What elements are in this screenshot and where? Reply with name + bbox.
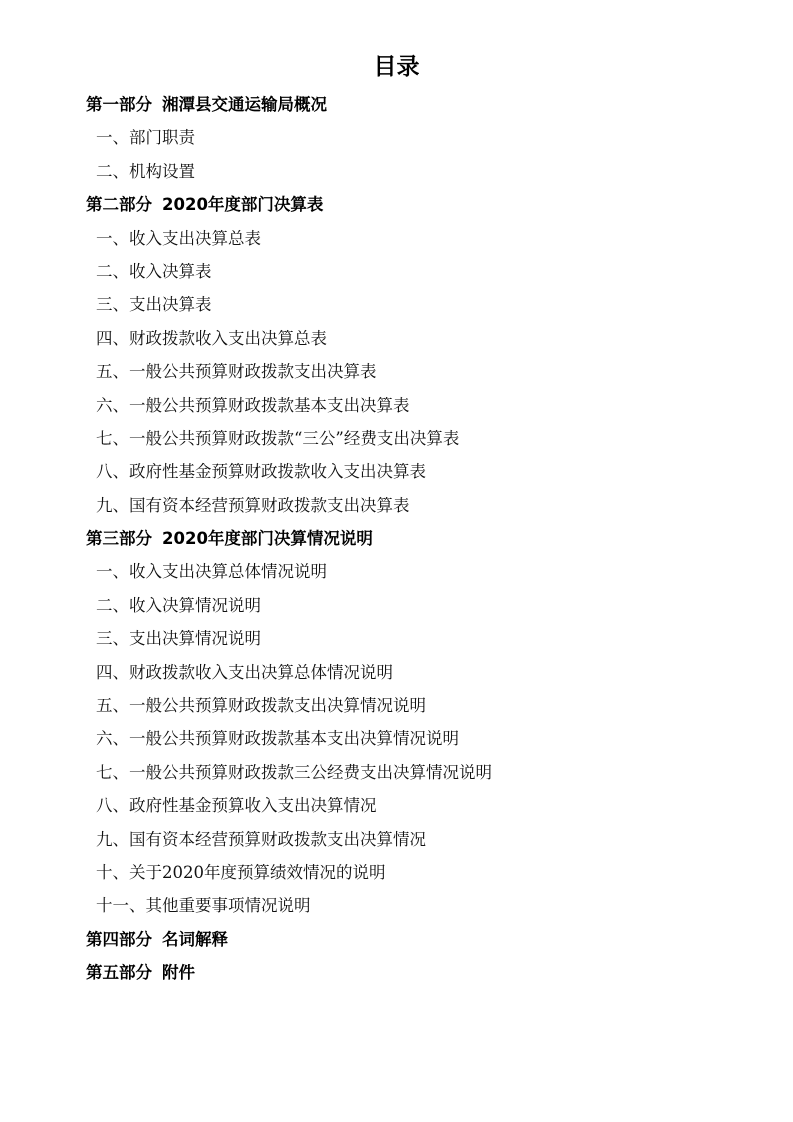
part-title: 湘潭县交通运输局概况	[162, 95, 327, 114]
toc-item[interactable]: 五、一般公共预算财政拨款支出决算表	[86, 355, 726, 388]
part-title: 附件	[162, 963, 195, 982]
part-title: 名词解释	[162, 930, 228, 949]
part-label: 第二部分	[86, 195, 152, 214]
toc-part-1[interactable]: 第一部分湘潭县交通运输局概况	[86, 88, 726, 121]
toc-item[interactable]: 二、收入决算表	[86, 255, 726, 288]
toc-part-3[interactable]: 第三部分2020年度部门决算情况说明	[86, 522, 726, 555]
toc-part-4[interactable]: 第四部分名词解释	[86, 923, 726, 956]
toc-item[interactable]: 一、收入支出决算总表	[86, 222, 726, 255]
toc-item[interactable]: 七、一般公共预算财政拨款“三公”经费支出决算表	[86, 422, 726, 455]
toc-item[interactable]: 六、一般公共预算财政拨款基本支出决算表	[86, 389, 726, 422]
toc-item[interactable]: 十一、其他重要事项情况说明	[86, 889, 726, 922]
toc-item[interactable]: 五、一般公共预算财政拨款支出决算情况说明	[86, 689, 726, 722]
toc-item[interactable]: 九、国有资本经营预算财政拨款支出决算情况	[86, 823, 726, 856]
toc-item[interactable]: 四、财政拨款收入支出决算总体情况说明	[86, 656, 726, 689]
part-title: 2020年度部门决算表	[162, 195, 323, 214]
toc-item[interactable]: 六、一般公共预算财政拨款基本支出决算情况说明	[86, 722, 726, 755]
toc-item[interactable]: 四、财政拨款收入支出决算总表	[86, 322, 726, 355]
toc-item[interactable]: 三、支出决算表	[86, 288, 726, 321]
page-title: 目录	[0, 52, 793, 82]
toc-item[interactable]: 一、收入支出决算总体情况说明	[86, 555, 726, 588]
toc-part-5[interactable]: 第五部分附件	[86, 956, 726, 989]
toc-part-2[interactable]: 第二部分2020年度部门决算表	[86, 188, 726, 221]
toc-item[interactable]: 七、一般公共预算财政拨款三公经费支出决算情况说明	[86, 756, 726, 789]
toc-item[interactable]: 八、政府性基金预算收入支出决算情况	[86, 789, 726, 822]
toc-item[interactable]: 二、收入决算情况说明	[86, 589, 726, 622]
toc-item[interactable]: 一、部门职责	[86, 121, 726, 154]
part-label: 第五部分	[86, 963, 152, 982]
toc-item[interactable]: 十、关于2020年度预算绩效情况的说明	[86, 856, 726, 889]
toc-item[interactable]: 二、机构设置	[86, 155, 726, 188]
part-label: 第一部分	[86, 95, 152, 114]
toc-item[interactable]: 八、政府性基金预算财政拨款收入支出决算表	[86, 455, 726, 488]
toc-item[interactable]: 九、国有资本经营预算财政拨款支出决算表	[86, 489, 726, 522]
part-label: 第三部分	[86, 529, 152, 548]
part-title: 2020年度部门决算情况说明	[162, 529, 373, 548]
table-of-contents: 第一部分湘潭县交通运输局概况 一、部门职责 二、机构设置 第二部分2020年度部…	[86, 88, 726, 990]
part-label: 第四部分	[86, 930, 152, 949]
toc-item[interactable]: 三、支出决算情况说明	[86, 622, 726, 655]
